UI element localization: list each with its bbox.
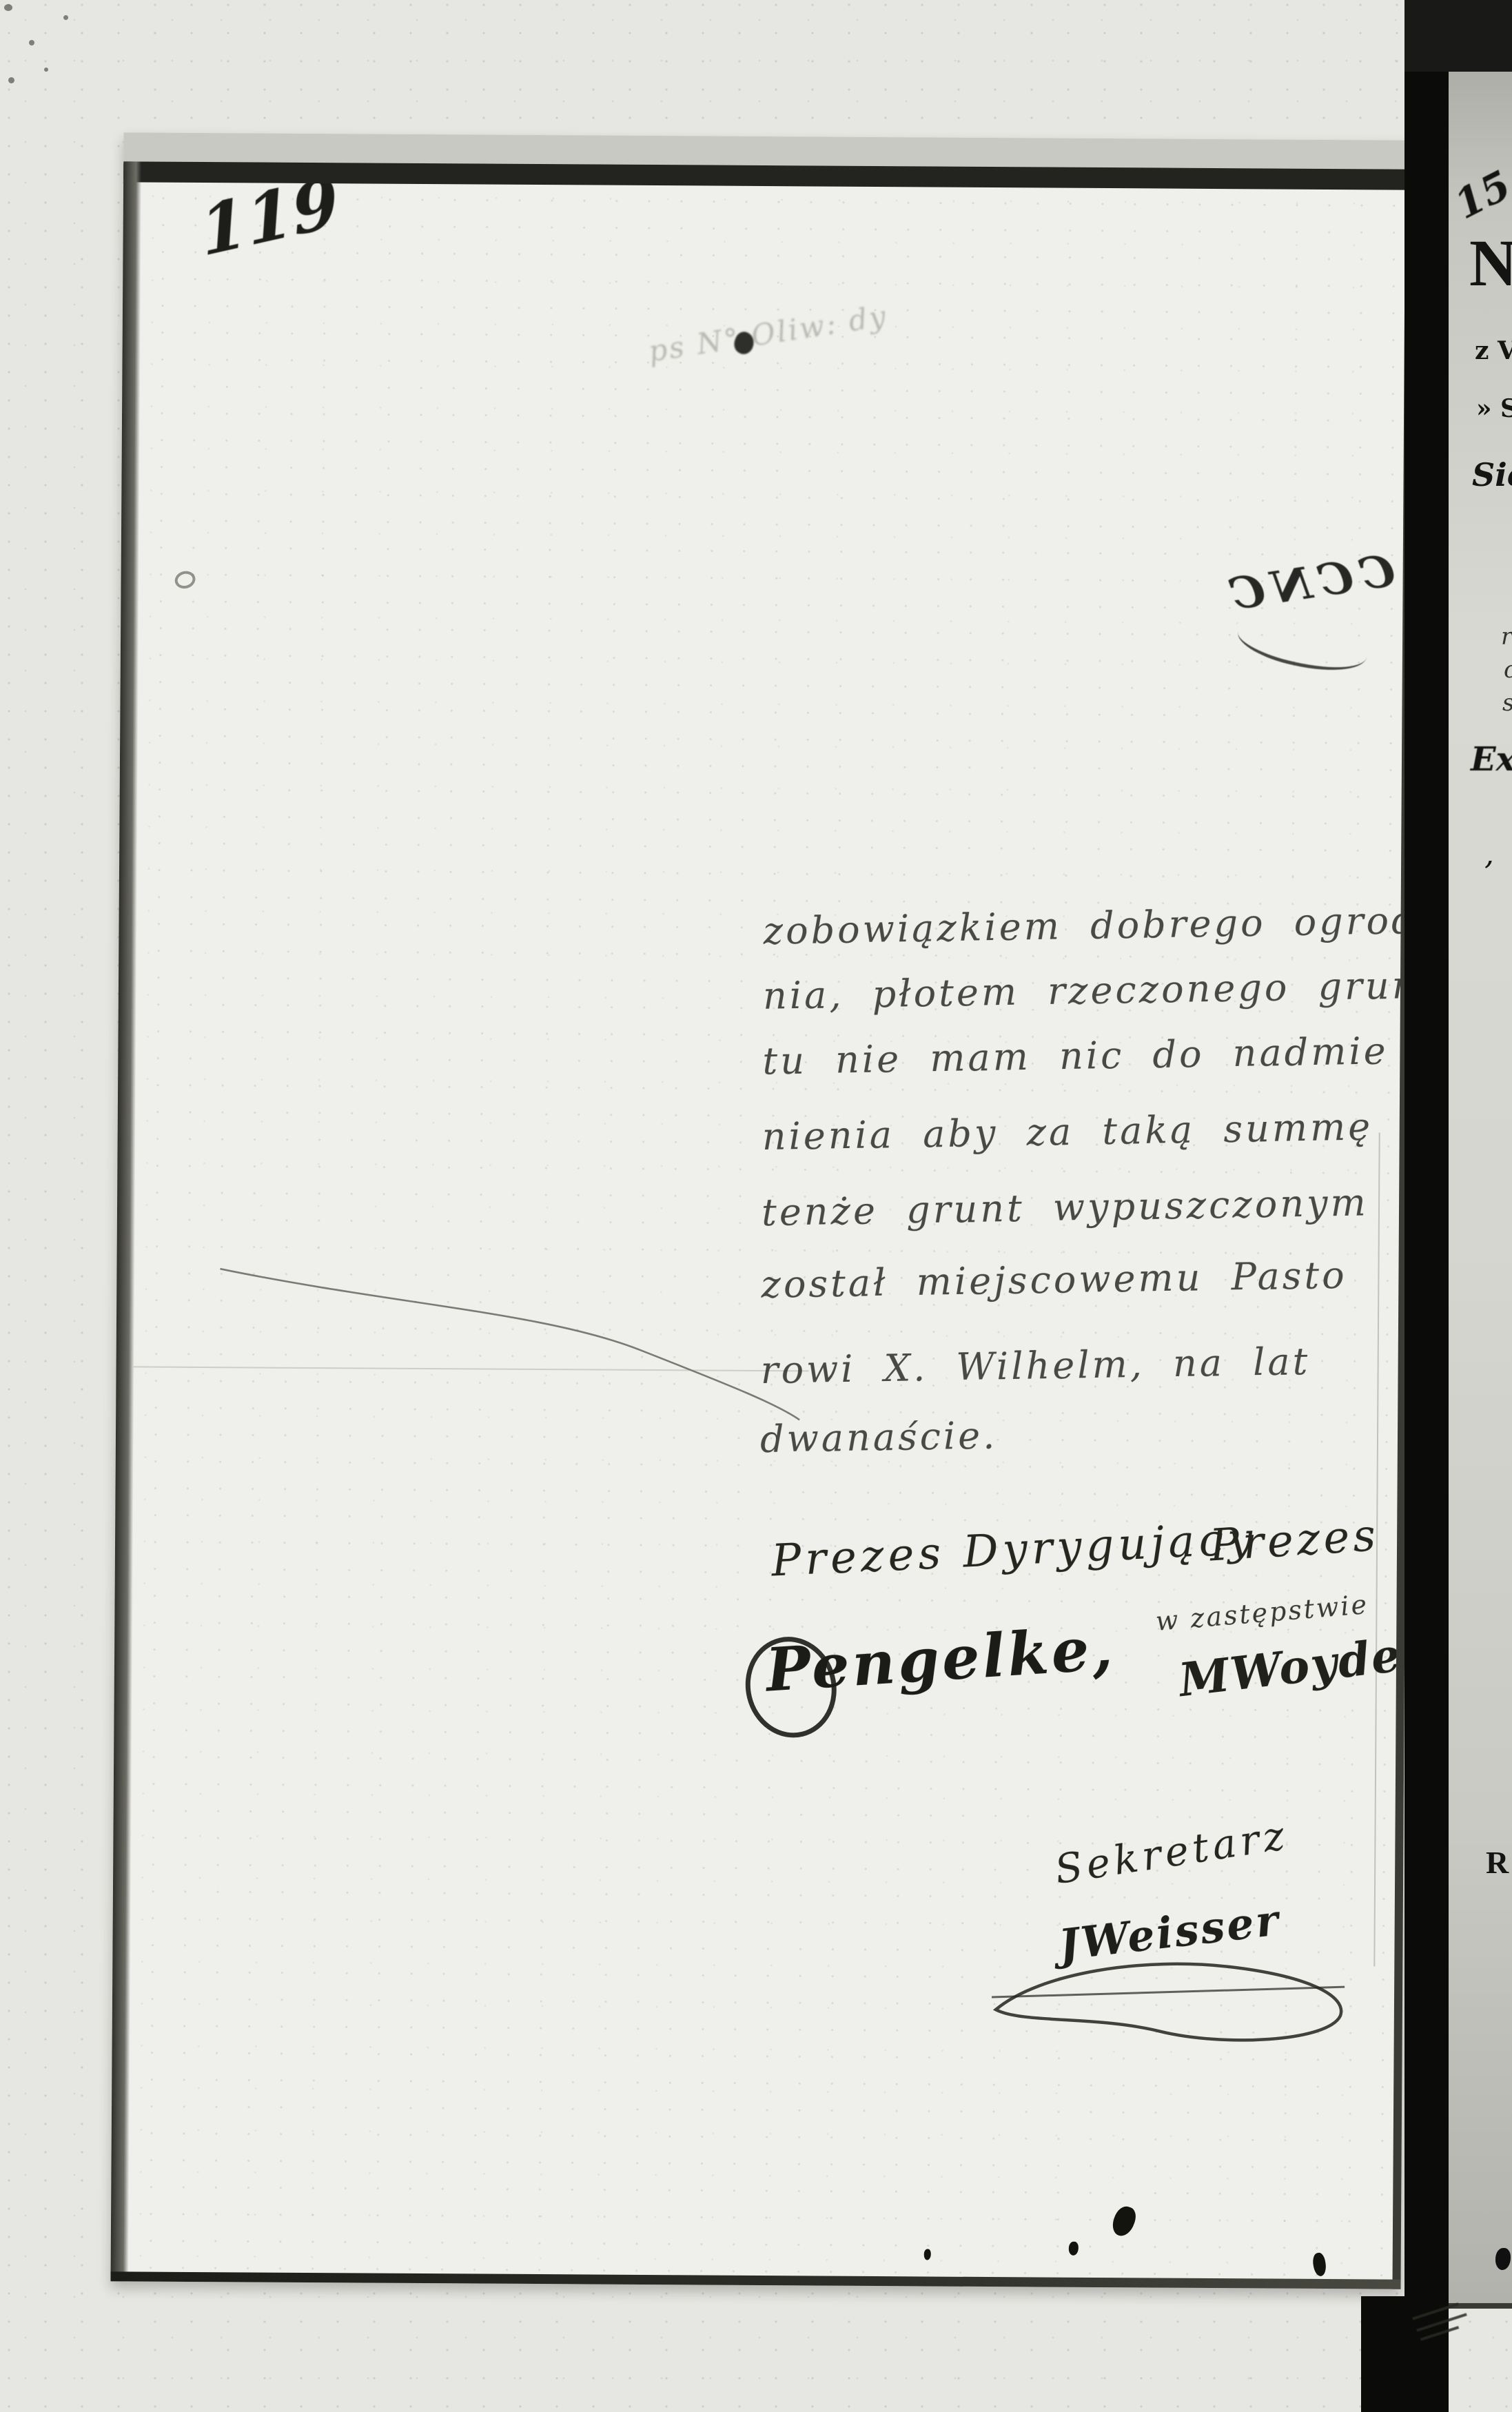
handwritten-fragment: , [1484, 837, 1494, 872]
body-line: nienia aby za taką summę [762, 1105, 1373, 1158]
page-edge-left [110, 161, 141, 2281]
faint-pencil-note: ps N° Oliw: dy [646, 273, 1061, 369]
printed-fragment: R [1486, 1844, 1509, 1881]
printed-fragment: » S [1476, 394, 1512, 423]
secretary-flourish [992, 1943, 1351, 2056]
handwritten-fragment: s [1502, 689, 1512, 717]
president-signature: MWoyde [1176, 1628, 1404, 1707]
deputy-note: w zastępstwie [1154, 1589, 1369, 1637]
ink-blot [1069, 2242, 1079, 2256]
body-line: dwanaście. [759, 1413, 997, 1461]
printed-fragment: Sie [1472, 456, 1512, 493]
film-speck [4, 4, 12, 11]
secretary-title: Sekretarz [1052, 1811, 1291, 1893]
book-gutter-bottom [1361, 2296, 1420, 2412]
scratch-line [212, 1256, 820, 1439]
printed-fragment: z V [1475, 336, 1512, 365]
ink-blot [1311, 2252, 1327, 2278]
scanned-archive-photo: 119 ps N° Oliw: dy CCNC zobowiązkiem dob… [0, 0, 1512, 2412]
body-line: zobowiązkiem dobrego ogrodze [763, 898, 1465, 953]
manuscript-page: 119 ps N° Oliw: dy CCNC zobowiązkiem dob… [110, 132, 1413, 2289]
handwritten-fragment: Ex [1471, 740, 1512, 779]
next-page-folio-number: 15. [1447, 155, 1512, 228]
president-title: Prezes [1208, 1510, 1380, 1572]
film-speck [29, 40, 34, 45]
handwritten-fragment: r [1501, 623, 1512, 651]
body-line: tu nie mam nic do nadmie [762, 1029, 1389, 1083]
ink-blot [1110, 2204, 1138, 2239]
body-line: tenże grunt wypuszczonym [762, 1181, 1369, 1234]
mirrored-ink-tail [1234, 606, 1371, 682]
printed-initial: N [1469, 225, 1512, 301]
president-directing-title: Prezes Dyrygujący [770, 1513, 1258, 1587]
film-speck [63, 15, 68, 20]
book-gutter [1404, 72, 1449, 2412]
handwritten-fragment: c [1504, 656, 1512, 684]
film-speck [8, 77, 14, 83]
page-edge-bottom [110, 2271, 1400, 2289]
ink-blot [924, 2249, 931, 2260]
body-line: został miejscowemu Pasto [761, 1254, 1347, 1307]
gutter-shadow-top [1404, 0, 1512, 77]
ink-blot [1495, 2248, 1511, 2270]
body-line: nia, płotem rzeczonego grun [763, 963, 1419, 1018]
next-page-sliver: 15. N z V » S Sie r c s Ex , R [1449, 72, 1512, 2309]
body-line: rowi X. Wilhelm, na lat [760, 1340, 1311, 1392]
ink-ring-mark [173, 569, 197, 591]
film-speck [44, 68, 48, 72]
